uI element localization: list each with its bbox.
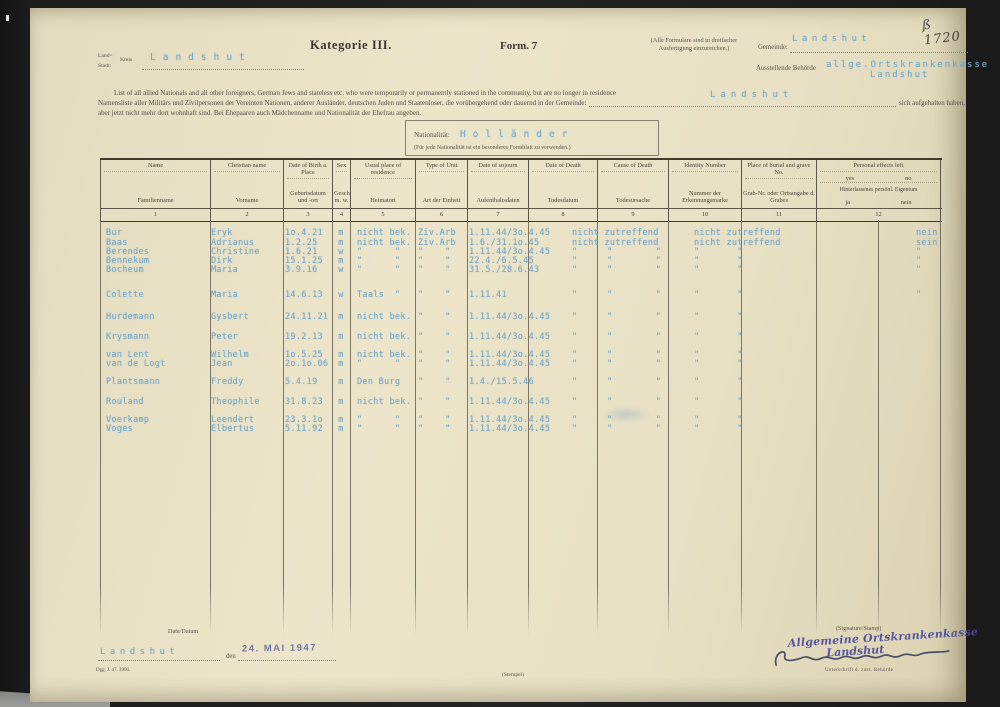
cell-td: " bbox=[528, 397, 597, 407]
cell-n: Plantsmann bbox=[100, 377, 210, 387]
cell-v: Maria bbox=[210, 265, 283, 275]
copies-note-line1: (Alle Formulare sind in dreifacher bbox=[651, 37, 737, 44]
column-label-de: Art der Einheit bbox=[417, 197, 466, 206]
cell-s: m bbox=[332, 228, 350, 238]
column-header-2: Christian nameVorname bbox=[211, 160, 284, 208]
table-row: PlantsmannFreddy5.4.19mDen Burg" "1.4./1… bbox=[100, 377, 940, 387]
table-row: HurdemannGysbert24.11.21mnicht bek." "1.… bbox=[100, 312, 940, 322]
column-label-de: Vorname bbox=[212, 197, 282, 206]
cell-s: w bbox=[332, 290, 350, 300]
cell-id: " " bbox=[668, 312, 741, 322]
cell-td: " bbox=[528, 377, 597, 387]
cell-n: Bocheum bbox=[100, 265, 210, 275]
ink-smudge bbox=[600, 406, 652, 423]
intro-english: List of all allied Nationals and all oth… bbox=[114, 88, 616, 98]
cell-h: nicht bek. bbox=[350, 332, 415, 342]
cell-n: Bur bbox=[100, 228, 210, 238]
column-header-11: Place of burial and grave No.Grab-Nr. od… bbox=[742, 160, 817, 208]
cell-s: m bbox=[332, 312, 350, 322]
signature-sub-label: Unterschrift d. zust. Behörde bbox=[825, 668, 893, 673]
nationality-label: Nationalität: bbox=[414, 131, 450, 139]
cell-tu: " " bbox=[597, 332, 668, 342]
cell-s: m bbox=[332, 332, 350, 342]
region-label-land: Land= bbox=[98, 53, 113, 59]
cell-id: " " bbox=[668, 332, 741, 342]
nationality-box: Nationalität: Holländer (Für jede Nation… bbox=[405, 120, 659, 156]
column-label-en: Cause of Death bbox=[601, 162, 665, 172]
table-row: ColetteMaria14.6.13wTaals "" "1.11.41"" … bbox=[100, 290, 940, 300]
behoerde-value-1: allge.Ortskrankenkasse bbox=[826, 60, 989, 70]
column-label-de: Hinterlassenes persönl. Eigentum bbox=[818, 187, 939, 196]
table-row: RoulandTheophile31.8.23mnicht bek." "1.1… bbox=[100, 397, 940, 407]
cell-u: Ziv.Arb bbox=[415, 228, 467, 238]
column-header-5: Usual place of residenceHeimatort bbox=[351, 160, 416, 208]
cell-tu: " " bbox=[597, 424, 668, 434]
cell-u: " " bbox=[415, 312, 467, 322]
column-label-en: Christian name bbox=[214, 162, 280, 172]
region-line bbox=[142, 61, 304, 70]
table-row: KrysmannPeter19.2.13mnicht bek." "1.11.4… bbox=[100, 332, 940, 342]
table-header: NameFamiliennameChristian nameVornameDat… bbox=[100, 160, 942, 208]
column-label-de: Nummer der Erkennungsmarke bbox=[670, 190, 740, 206]
column-header-10: Identity NumberNummer der Erkennungsmark… bbox=[669, 160, 742, 208]
cell-g: 5.4.19 bbox=[283, 377, 332, 387]
cell-td: nicht zutreffend bbox=[528, 228, 597, 238]
cell-u: " " bbox=[415, 397, 467, 407]
cell-tu: " " bbox=[597, 265, 668, 275]
copies-note-line2: Ausfertigung einzureichen.) bbox=[659, 45, 730, 52]
intro-place-value: Landshut bbox=[710, 90, 793, 100]
cell-v: Maria bbox=[210, 290, 283, 300]
column-label-en: Sex bbox=[336, 162, 347, 172]
cell-a: 1.11.44/3o.4.45 bbox=[467, 312, 528, 322]
cell-v: Eryk bbox=[210, 228, 283, 238]
cell-a: 1.4./15.5.46 bbox=[467, 377, 528, 387]
gemeinde-label: Gemeinde: bbox=[758, 44, 788, 51]
intro-german-line2: aber jetzt nicht mehr dort wohnhaft sind… bbox=[98, 108, 421, 118]
column-header-3: Date of Birth a. PlaceGeburtsdatum und -… bbox=[284, 160, 333, 208]
cell-g: 5.11.92 bbox=[283, 424, 332, 434]
form-number: Form. 7 bbox=[500, 40, 537, 52]
column-label-de: Familienname bbox=[102, 197, 209, 206]
table-row: VogesElbertus5.11.92m" "" "1.11.44/3o.4.… bbox=[100, 424, 940, 434]
cell-g: 31.8.23 bbox=[283, 397, 332, 407]
cell-g: 14.6.13 bbox=[283, 290, 332, 300]
cell-u: " " bbox=[415, 265, 467, 275]
column-label-de: Heimatort bbox=[352, 197, 414, 206]
cell-td: " bbox=[528, 312, 597, 322]
cell-s: m bbox=[332, 424, 350, 434]
cell-s: m bbox=[332, 397, 350, 407]
form-document: Kategorie III. Form. 7 (Alle Formulare s… bbox=[30, 8, 966, 702]
effects-yes-en: yes bbox=[846, 175, 854, 182]
cell-n: Hurdemann bbox=[100, 312, 210, 322]
cell-v: Elbertus bbox=[210, 424, 283, 434]
cell-tu: " " bbox=[597, 290, 668, 300]
cell-h: Den Burg bbox=[350, 377, 415, 387]
cell-g: 3.9.16 bbox=[283, 265, 332, 275]
column-label-en: Place of burial and grave No. bbox=[745, 162, 813, 179]
cell-h: nicht bek. bbox=[350, 312, 415, 322]
cell-g: 19.2.13 bbox=[283, 332, 332, 342]
table-row: van de LogtJean2o.1o.06m" "" "1.11.44/3o… bbox=[100, 359, 940, 369]
column-header-1: NameFamilienname bbox=[101, 160, 211, 208]
column-line bbox=[940, 220, 941, 635]
cell-v: Freddy bbox=[210, 377, 283, 387]
cell-g: 1o.4.21 bbox=[283, 228, 332, 238]
intro-blank-line bbox=[589, 106, 896, 107]
cell-td: " bbox=[528, 265, 597, 275]
cell-tu: " " bbox=[597, 359, 668, 369]
cell-n: Krysmann bbox=[100, 332, 210, 342]
column-label-en: Personal effects left bbox=[820, 162, 937, 172]
stempel-note: (Stempel) bbox=[502, 672, 524, 678]
column-label-de: Todesdatum bbox=[530, 197, 596, 206]
cell-u: " " bbox=[415, 332, 467, 342]
cell-id: " " bbox=[668, 424, 741, 434]
effects-yes-de: ja bbox=[845, 199, 850, 206]
cell-a: 1.11.44/3o.4.45 bbox=[467, 397, 528, 407]
effects-no-de: nein bbox=[901, 199, 912, 206]
footer-place-line bbox=[98, 652, 220, 661]
cell-pe: " bbox=[816, 265, 940, 275]
intro-german-tail: sich aufgehalten haben, bbox=[899, 98, 965, 108]
cell-v: Peter bbox=[210, 332, 283, 342]
gemeinde-value: Landshut bbox=[792, 34, 871, 44]
behoerde-label: Ausstellende Behörde bbox=[756, 65, 816, 72]
cell-g: 24.11.21 bbox=[283, 312, 332, 322]
column-label-en: Type of Unit bbox=[419, 162, 464, 172]
region-label-kreis: Kreis bbox=[120, 57, 132, 63]
dust-speck bbox=[6, 15, 9, 21]
cell-h: nicht bek. bbox=[350, 228, 415, 238]
column-label-en: Date of sojourn bbox=[471, 162, 525, 172]
column-label-de: Geburtsdatum und -ort bbox=[285, 190, 331, 206]
cell-tu: " " bbox=[597, 312, 668, 322]
cell-h: " " bbox=[350, 424, 415, 434]
cell-h: " " bbox=[350, 265, 415, 275]
region-label-stadt: Stadt: bbox=[98, 63, 111, 69]
intro-german-line: Namensliste aller Militärs und Zivilpers… bbox=[98, 98, 965, 108]
effects-yes-no-de: janein bbox=[820, 199, 937, 206]
effects-yes-no-en: yesno bbox=[820, 175, 937, 183]
cell-a: 1.11.44/3o.4.45 bbox=[467, 228, 528, 238]
cell-id: " " bbox=[668, 359, 741, 369]
column-label-en: Date of Birth a. Place bbox=[287, 162, 329, 179]
table-body: BurEryk1o.4.21mnicht bek.Ziv.Arb1.11.44/… bbox=[100, 220, 942, 635]
cell-s: w bbox=[332, 265, 350, 275]
table-row: BocheumMaria3.9.16w" "" "31.5./28.6.43""… bbox=[100, 265, 940, 275]
column-header-6: Type of UnitArt der Einheit bbox=[416, 160, 468, 208]
footer-date-line bbox=[238, 652, 336, 661]
den-label: den bbox=[226, 653, 236, 660]
cell-u: " " bbox=[415, 359, 467, 369]
cell-a: 1.11.44/3o.4.45 bbox=[467, 424, 528, 434]
column-header-8: Date of DeathTodesdatum bbox=[529, 160, 598, 208]
table-head: NameFamiliennameChristian nameVornameDat… bbox=[100, 158, 942, 222]
nationality-value: Holländer bbox=[460, 129, 574, 140]
cell-a: 31.5./28.6.43 bbox=[467, 265, 528, 275]
cell-h: " " bbox=[350, 359, 415, 369]
photo-background: Kategorie III. Form. 7 (Alle Formulare s… bbox=[0, 0, 1000, 707]
column-label-de: Aufenthaltsdaten bbox=[469, 197, 527, 206]
cell-s: m bbox=[332, 377, 350, 387]
column-header-7: Date of sojournAufenthaltsdaten bbox=[468, 160, 529, 208]
cell-u: " " bbox=[415, 377, 467, 387]
copies-note: (Alle Formulare sind in dreifacher Ausfe… bbox=[628, 37, 760, 53]
cell-id: " " bbox=[668, 377, 741, 387]
gemeinde-line bbox=[790, 44, 968, 53]
cell-h: nicht bek. bbox=[350, 397, 415, 407]
print-code: Dgg. J. 47. 3900. bbox=[96, 668, 130, 673]
column-label-en: Identity Number bbox=[672, 162, 738, 172]
cell-n: Voges bbox=[100, 424, 210, 434]
cell-id: " " bbox=[668, 397, 741, 407]
behoerde-value-2: Landshut bbox=[870, 70, 929, 80]
cell-v: Jean bbox=[210, 359, 283, 369]
column-label-de: Todesursache bbox=[599, 197, 667, 206]
cell-td: " bbox=[528, 332, 597, 342]
cell-g: 2o.1o.06 bbox=[283, 359, 332, 369]
cell-v: Theophile bbox=[210, 397, 283, 407]
column-label-de: Grab-Nr. oder Ortsangabe d. Grabes bbox=[743, 190, 815, 206]
cell-h: Taals " bbox=[350, 290, 415, 300]
cell-u: " " bbox=[415, 290, 467, 300]
column-header-12: Personal effects leftyesnoHinterlassenes… bbox=[817, 160, 941, 208]
column-label-de: Geschl. m. w. bbox=[334, 190, 349, 206]
cell-tu: " " bbox=[597, 377, 668, 387]
column-header-9: Cause of DeathTodesursache bbox=[598, 160, 669, 208]
cell-td: " bbox=[528, 290, 597, 300]
cell-n: Rouland bbox=[100, 397, 210, 407]
table-row: BurEryk1o.4.21mnicht bek.Ziv.Arb1.11.44/… bbox=[100, 228, 940, 238]
cell-s: m bbox=[332, 359, 350, 369]
cell-tu: " " bbox=[597, 397, 668, 407]
cell-n: Colette bbox=[100, 290, 210, 300]
date-label: Date/Datum bbox=[168, 628, 198, 635]
cell-a: 1.11.41 bbox=[467, 290, 528, 300]
column-label-en: Usual place of residence bbox=[354, 162, 412, 179]
cell-u: " " bbox=[415, 424, 467, 434]
column-label-en: Date of Death bbox=[532, 162, 594, 172]
cell-pe: " bbox=[816, 290, 940, 300]
column-header-4: SexGeschl. m. w. bbox=[333, 160, 351, 208]
cell-id: " " bbox=[668, 265, 741, 275]
cell-pe: nein bbox=[816, 228, 940, 238]
cell-td: " bbox=[528, 424, 597, 434]
column-label-en: Name bbox=[104, 162, 207, 172]
cell-td: " bbox=[528, 359, 597, 369]
intro-german-text: Namensliste aller Militärs und Zivilpers… bbox=[98, 98, 586, 108]
cell-id: " " bbox=[668, 290, 741, 300]
cell-v: Gysbert bbox=[210, 312, 283, 322]
effects-no-en: no bbox=[905, 175, 911, 182]
cell-id: nicht zutreffend bbox=[668, 228, 741, 238]
nationality-note: (Für jede Nationalität ist ein besondere… bbox=[414, 145, 650, 151]
cell-n: van de Logt bbox=[100, 359, 210, 369]
form-category-title: Kategorie III. bbox=[310, 38, 392, 53]
cell-a: 1.11.44/3o.4.45 bbox=[467, 359, 528, 369]
cell-a: 1.11.44/3o.4.45 bbox=[467, 332, 528, 342]
